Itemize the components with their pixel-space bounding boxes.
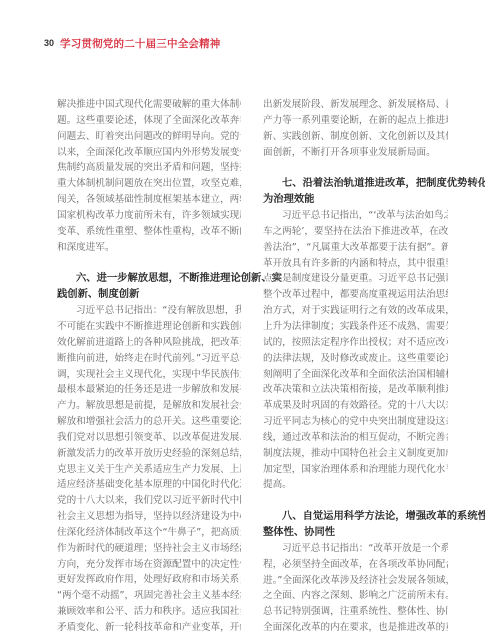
page-number: 30 <box>44 38 60 48</box>
text-line: 焦制约高质量发展的突出矛盾和问题，坚持把解决 <box>57 160 241 176</box>
text-line: 善法治”，“凡属重大改革都要于法有据”。新时代改 <box>263 240 448 256</box>
text-line: 刻阐明了全面深化改革和全面依法治国相辅相成， <box>263 367 448 383</box>
text-line: 新激发活力的改革开放历史经验的深刻总结，是马 <box>57 446 241 462</box>
text-line: 提高。 <box>263 477 448 493</box>
text-line: 适应经济基础变化基本原理的中国化时代化运用。 <box>57 477 241 493</box>
spacer <box>263 160 448 176</box>
text-line: 我们党对以思想引领变革、以改革促进发展、以创 <box>57 430 241 446</box>
text-line: 加定型，国家治理体系和治理能力现代化水平明显 <box>263 462 448 478</box>
text-line: 治方式，对于实践证明行之有效的改革成果，及时 <box>263 303 448 319</box>
heading-line: 践创新、制度创新 <box>57 287 241 303</box>
text-line: 国家机构改革力度前所未有，许多领域实现历史性 <box>57 208 241 224</box>
heading-line: 整体性、协同性 <box>263 525 448 541</box>
text-line: 作为新时代的硬道理；坚持社会主义市场经济改革 <box>57 541 241 557</box>
text-line: 党的十八大以来，我们党以习近平新时代中国特色 <box>57 493 241 509</box>
text-line: 方向，充分发挥市场在资源配置中的决定性作用， <box>57 557 241 573</box>
text-line: 效化解前进道路上的各种风险挑战，把改革开放不 <box>57 335 241 351</box>
text-line: 以来，全面深化改革顺应国内外形势发展变化，聚 <box>57 145 241 161</box>
text-line: 线，通过改革和法治的相互促动，不断完善各方面 <box>263 430 448 446</box>
text-line: 习近平总书记指出，“‘改革与法治如鸟之两翼、 <box>263 208 448 224</box>
section-heading-7: 七、沿着法治轨道推进改革，把制度优势转化 为治理效能 <box>263 176 448 208</box>
heading-line: 七、沿着法治轨道推进改革，把制度优势转化 <box>263 176 448 192</box>
text-line: 社会主义思想为指导，坚持以经济建设为中心，抓 <box>57 509 241 525</box>
text-line: 重大体制机制问题放在突出位置，攻坚克难，破障 <box>57 176 241 192</box>
text-line: 革开放具有许多新的内涵和特点，其中很重要的一 <box>263 256 448 272</box>
spacer <box>263 493 448 509</box>
text-line: 不可能在实践中不断推进理论创新和实践创新，有 <box>57 319 241 335</box>
right-column: 出新发展阶段、新发展理念、新发展格局、新质生 产力等一系列重要论断，在新的起点上… <box>263 97 448 636</box>
text-line: 兼顾效率和公平、活力和秩序。适应我国社会主要 <box>57 604 241 620</box>
text-line: 革成果及时巩固的有效路径。党的十八大以来，以 <box>263 398 448 414</box>
spacer <box>57 255 241 271</box>
text-line: 住深化经济体制改革这个“牛鼻子”，把高质量发展 <box>57 525 241 541</box>
text-line: 之全面、内容之深刻、影响之广泛前所未有。习近平 <box>263 588 448 604</box>
text-line: 整个改革过程中，都要高度重视运用法治思维和法 <box>263 287 448 303</box>
paragraph: 习近平总书记指出：“没有解放思想，我们党就 不可能在实践中不断推进理论创新和实践… <box>57 303 241 636</box>
text-line: 全面深化改革的内在要求，也是推进改革的重要方 <box>263 620 448 636</box>
text-line: 解放和增强社会活力的总开关。这些重要论述，是 <box>57 414 241 430</box>
text-line: 试的，按照法定程序作出授权；对不适应改革要求 <box>263 335 448 351</box>
text-line: 面创新，不断打开各项事业发展新局面。 <box>263 145 448 161</box>
page-header: 30 学习贯彻党的二十届三中全会精神 <box>44 36 221 50</box>
paragraph: 出新发展阶段、新发展理念、新发展格局、新质生 产力等一系列重要论断，在新的起点上… <box>263 97 448 160</box>
text-line: 闯关，各领域基础性制度框架基本建立，两轮党和 <box>57 192 241 208</box>
heading-line: 八、自觉运用科学方法论，增强改革的系统性、 <box>263 509 448 525</box>
text-line: 程，必须坚持全面改革，在各项改革协同配合中推 <box>263 557 448 573</box>
paragraph: 习近平总书记指出，“‘改革与法治如鸟之两翼、 车之两轮’，要坚持在法治下推进改革… <box>263 208 448 493</box>
text-line: 变革、系统性重塑、整体性重构，改革不断向广度 <box>57 224 241 240</box>
text-line: 产力等一系列重要论断，在新的起点上推进理论创 <box>263 113 448 129</box>
paragraph: 解决推进中国式现代化需要破解的重大体制机制问 题。这些重要论述，体现了全面深化改… <box>57 97 241 255</box>
running-title: 学习贯彻党的二十届三中全会精神 <box>60 36 221 51</box>
text-line: 点就是制度建设分量更重。习近平总书记强调，在 <box>263 271 448 287</box>
section-heading-6: 六、进一步解放思想，不断推进理论创新、实 践创新、制度创新 <box>57 271 241 303</box>
left-column: 解决推进中国式现代化需要破解的重大体制机制问 题。这些重要论述，体现了全面深化改… <box>57 97 241 636</box>
text-line: 克思主义关于生产关系适应生产力发展、上层建筑 <box>57 462 241 478</box>
text-line: 新、实践创新、制度创新、文化创新以及其他各方 <box>263 129 448 145</box>
text-line: 矛盾变化、新一轮科技革命和产业变革，开创性提 <box>57 620 241 636</box>
text-line: 车之两轮’，要坚持在法治下推进改革，在改革中完 <box>263 224 448 240</box>
text-line: 制度法规，推动中国特色社会主义制度更加成熟更 <box>263 446 448 462</box>
text-line: 习近平同志为核心的党中央突出制度建设这条主 <box>263 414 448 430</box>
text-line: 出新发展阶段、新发展理念、新发展格局、新质生 <box>263 97 448 113</box>
paragraph: 习近平总书记指出：“改革开放是一个系统工 程，必须坚持全面改革，在各项改革协同配… <box>263 541 448 636</box>
text-line: 调，实现社会主义现代化，实现中华民族伟大复兴， <box>57 367 241 383</box>
text-line: 总书记特别强调，注重系统性、整体性、协同性是 <box>263 604 448 620</box>
text-line: 进。”全面深化改革涉及经济社会发展各领域，任务 <box>263 573 448 589</box>
text-line: 和深度进军。 <box>57 240 241 256</box>
text-line: 解决推进中国式现代化需要破解的重大体制机制问 <box>57 97 241 113</box>
section-heading-8: 八、自觉运用科学方法论，增强改革的系统性、 整体性、协同性 <box>263 509 448 541</box>
text-line: 产力。解放思想是前提，是解放和发展社会生产力、 <box>57 398 241 414</box>
text-line: 习近平总书记指出：“改革开放是一个系统工 <box>263 541 448 557</box>
text-line: 习近平总书记指出：“没有解放思想，我们党就 <box>57 303 241 319</box>
text-line: 的法律法规，及时修改或废止。这些重要论述，深 <box>263 351 448 367</box>
text-line: 题。这些重要论述，体现了全面深化改革奔着现实 <box>57 113 241 129</box>
text-line: 断推向前进，始终走在时代前列。”习近平总书记强 <box>57 351 241 367</box>
text-line: 改革决策和立法决策相衔接，是改革顺利推进、改 <box>263 382 448 398</box>
text-line: 更好发挥政府作用，处理好政府和市场关系；坚持 <box>57 572 241 588</box>
text-line: 问题去、盯着突出问题改的鲜明导向。党的十八大 <box>57 129 241 145</box>
text-line: “两个毫不动摇”，巩固完善社会主义基本经济制度， <box>57 588 241 604</box>
heading-line: 为治理效能 <box>263 192 448 208</box>
text-line: 上升为法律制度；实践条件还不成熟、需要先行先 <box>263 319 448 335</box>
heading-line: 六、进一步解放思想，不断推进理论创新、实 <box>57 271 241 287</box>
text-line: 最根本最紧迫的任务还是进一步解放和发展社会生 <box>57 382 241 398</box>
